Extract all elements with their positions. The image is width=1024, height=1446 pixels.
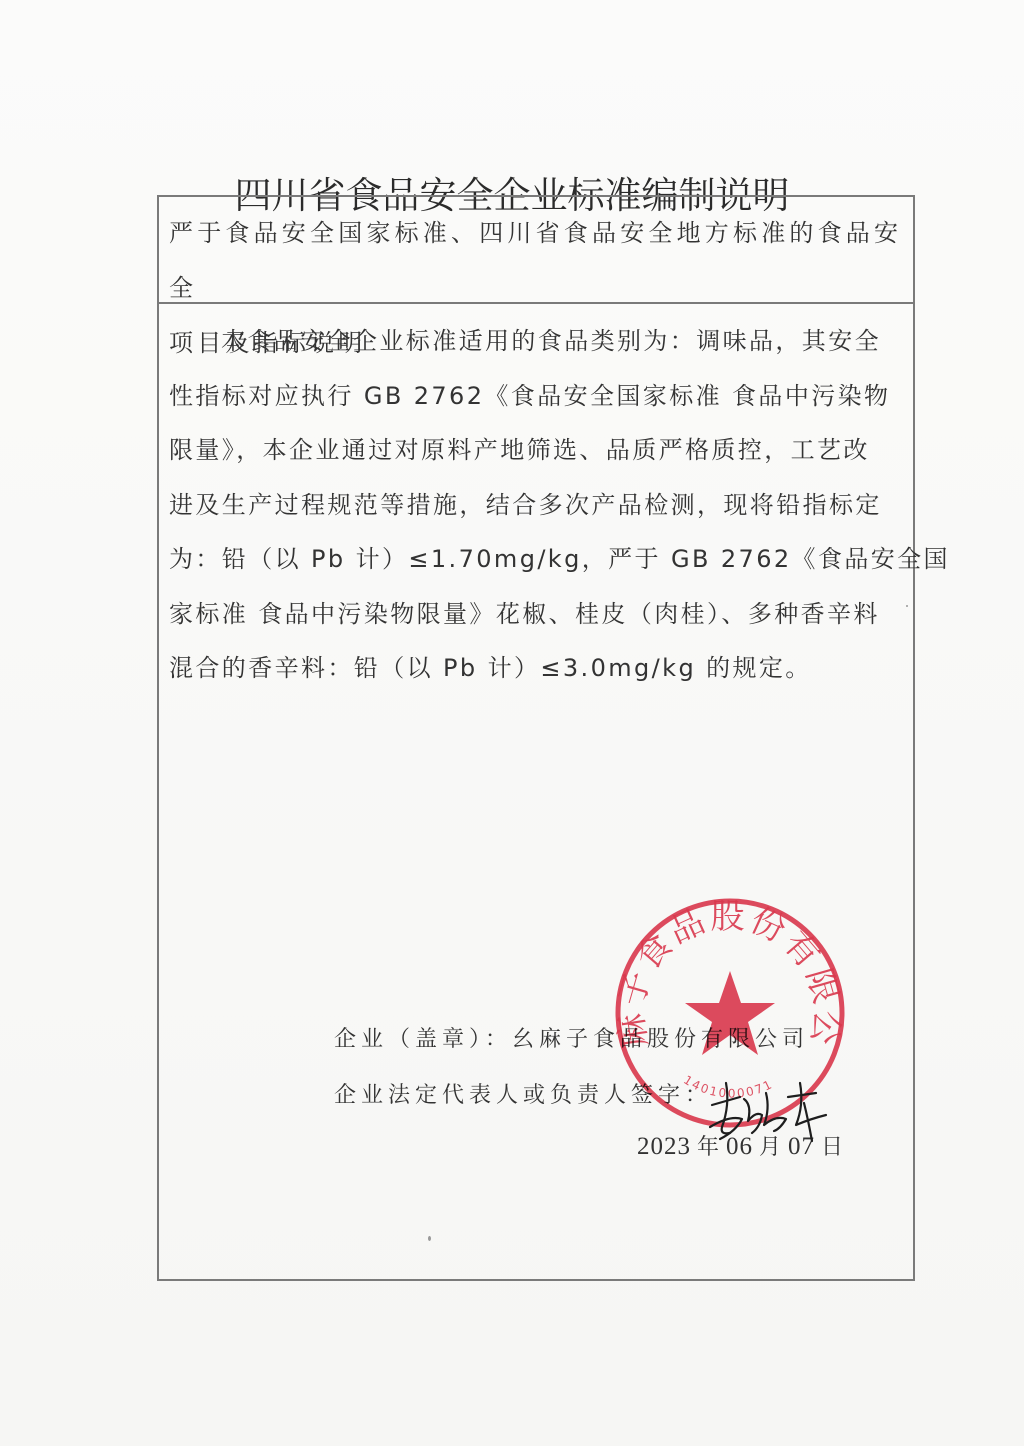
section-header-line: 严于食品安全国家标准、四川省食品安全地方标准的食品安全 — [169, 206, 909, 316]
handwritten-signature-icon — [700, 1075, 840, 1145]
date-year: 2023 — [637, 1133, 691, 1160]
document-page: 四川省食品安全企业标准编制说明 严于食品安全国家标准、四川省食品安全地方标准的食… — [0, 0, 1024, 1446]
body-line: 为：铅（以 Pb 计）≤1.70mg/kg，严于 GB 2762《食品安全国 — [169, 532, 909, 587]
scan-speck — [428, 1236, 431, 1241]
body-paragraph: 本食品安全企业标准适用的食品类别为：调味品，其安全 性指标对应执行 GB 276… — [169, 314, 909, 696]
section-header: 严于食品安全国家标准、四川省食品安全地方标准的食品安全 项目及指标说明 — [159, 197, 913, 304]
body-line: 本食品安全企业标准适用的食品类别为：调味品，其安全 — [169, 314, 909, 369]
body-line: 家标准 食品中污染物限量》花椒、桂皮（肉桂）、多种香辛料 — [169, 587, 909, 642]
body-line: 混合的香辛料：铅（以 Pb 计）≤3.0mg/kg 的规定。 — [169, 641, 909, 696]
company-seal-label: 企业（盖章）： — [334, 1027, 512, 1052]
body-line: 性指标对应执行 GB 2762《食品安全国家标准 食品中污染物 — [169, 369, 909, 424]
scan-speck — [906, 605, 908, 607]
body-line: 进及生产过程规范等措施，结合多次产品检测，现将铅指标定 — [169, 478, 909, 533]
body-line: 限量》，本企业通过对原料产地筛选、品质严格质控，工艺改 — [169, 423, 909, 478]
